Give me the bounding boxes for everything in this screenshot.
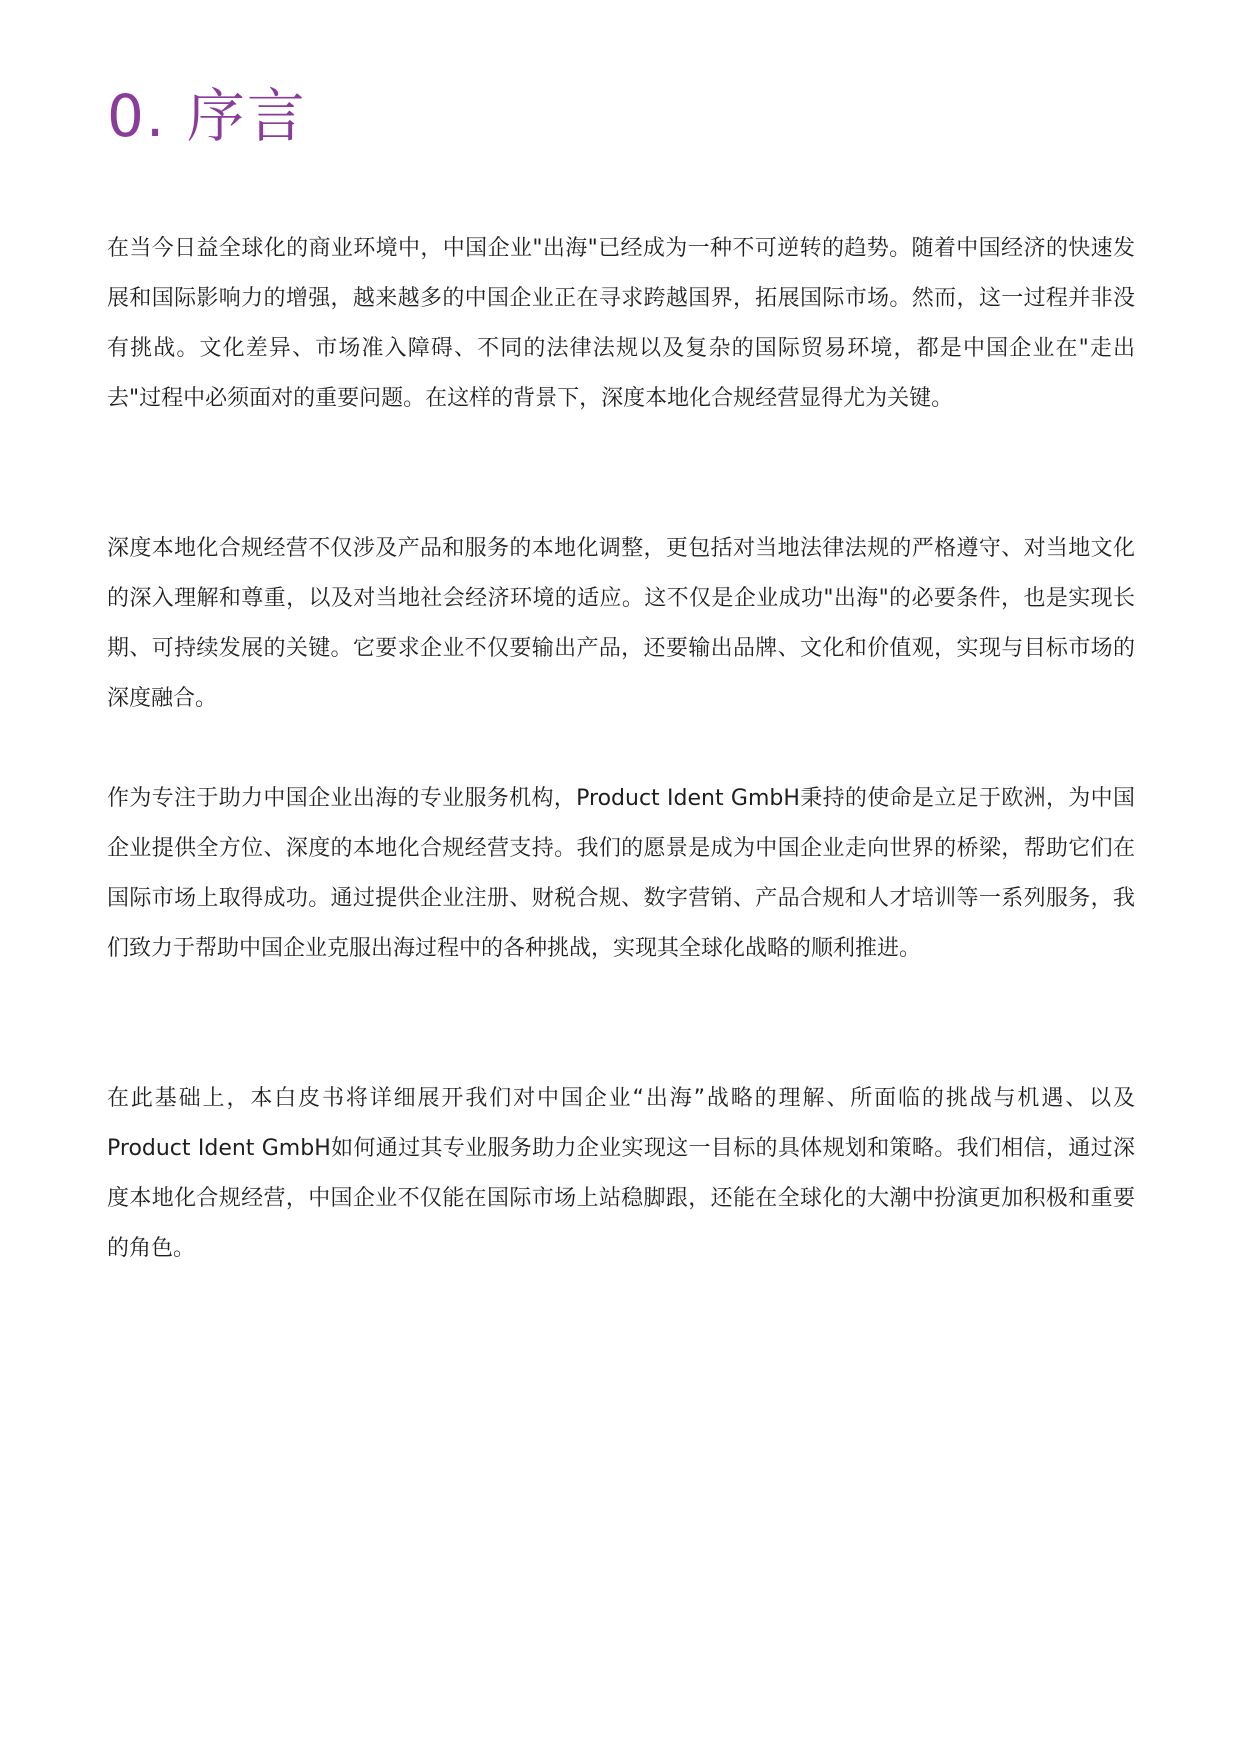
paragraph-whitepaper-outline: 在此基础上，本白皮书将详细展开我们对中国企业“出海”战略的理解、所面临的挑战与机… bbox=[107, 1074, 1135, 1274]
paragraph-localization: 深度本地化合规经营不仅涉及产品和服务的本地化调整，更包括对当地法律法规的严格遵守… bbox=[107, 524, 1135, 724]
paragraph-company-mission: 作为专注于助力中国企业出海的专业服务机构，Product Ident GmbH秉… bbox=[107, 774, 1135, 974]
section-title: 0. 序言 bbox=[107, 78, 307, 154]
paragraph-intro: 在当今日益全球化的商业环境中，中国企业"出海"已经成为一种不可逆转的趋势。随着中… bbox=[107, 224, 1135, 424]
